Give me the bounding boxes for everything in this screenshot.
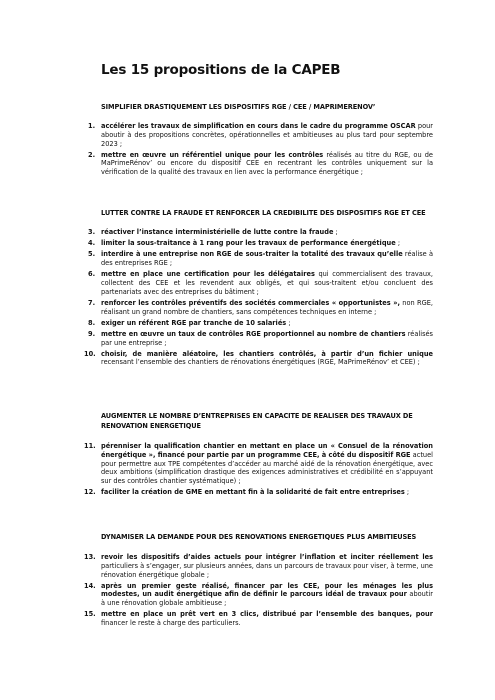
list-item: 15.mettre en place un prêt vert en 3 cli… (88, 610, 433, 628)
list-item: 4.limiter la sous-traitance à 1 rang pou… (88, 239, 433, 248)
proposition-list: 1.accélérer les travaux de simplificatio… (88, 122, 433, 179)
section-heading: DYNAMISER LA DEMANDE POUR DES RENOVATION… (101, 532, 431, 542)
list-item: 9.mettre en œuvre un taux de contrôles R… (88, 330, 433, 348)
list-item: 2.mettre en œuvre un référentiel unique … (88, 151, 433, 177)
list-item: 7.renforcer les contrôles préventifs des… (88, 299, 433, 317)
list-item: 5.interdire à une entreprise non RGE de … (88, 250, 433, 268)
list-item: 6.mettre en place une certification pour… (88, 270, 433, 296)
proposition-list: 11.pérenniser la qualification chantier … (88, 442, 433, 499)
page-title: Les 15 propositions de la CAPEB (101, 62, 340, 78)
section-heading: AUGMENTER LE NOMBRE D’ENTREPRISES EN CAP… (101, 411, 431, 431)
section-heading: SIMPLIFIER DRASTIQUEMENT LES DISPOSITIFS… (101, 102, 431, 112)
list-item: 3.réactiver l’instance interministériell… (88, 228, 433, 237)
document-page: Les 15 propositions de la CAPEB SIMPLIFI… (0, 0, 495, 700)
list-item: 11.pérenniser la qualification chantier … (88, 442, 433, 486)
list-item: 8.exiger un référent RGE par tranche de … (88, 319, 433, 328)
list-item: 10.choisir, de manière aléatoire, les ch… (88, 350, 433, 368)
proposition-list: 3.réactiver l’instance interministériell… (88, 228, 433, 370)
list-item: 14.après un premier geste réalisé, finan… (88, 582, 433, 608)
section-heading: LUTTER CONTRE LA FRAUDE ET RENFORCER LA … (101, 208, 431, 218)
list-item: 12.faciliter la création de GME en metta… (88, 488, 433, 497)
list-item: 1.accélérer les travaux de simplificatio… (88, 122, 433, 148)
list-item: 13.revoir les dispositifs d’aides actuel… (88, 553, 433, 579)
proposition-list: 13.revoir les dispositifs d’aides actuel… (88, 553, 433, 630)
